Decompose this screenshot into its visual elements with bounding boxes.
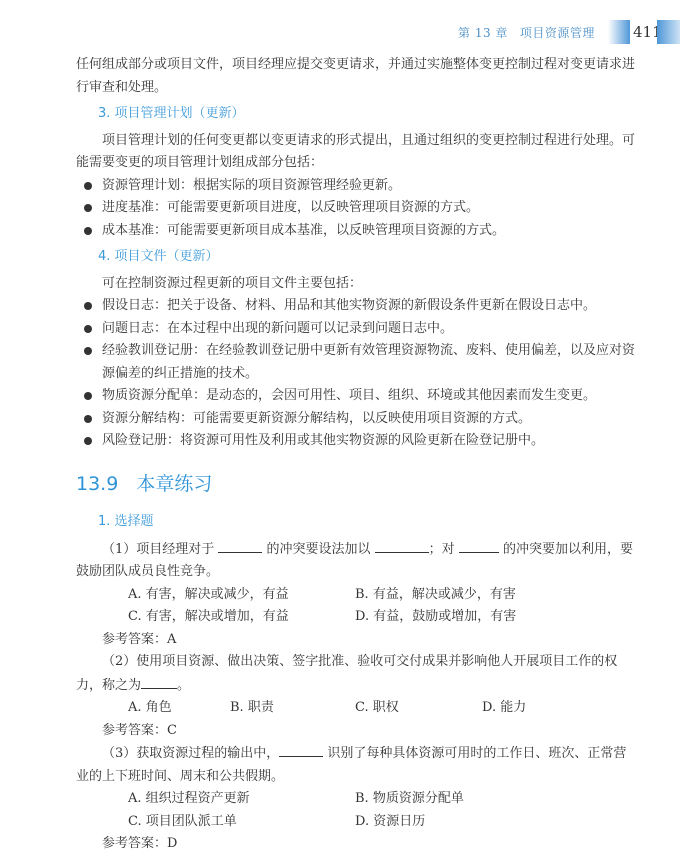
option-a: A. 角色 (128, 697, 230, 720)
question-text: （1）项目经理对于 的冲突要设法加以 ；对 的冲突要加以利用，要鼓励团队成员良性… (76, 538, 636, 584)
list-item: 物质资源分配单：是动态的，会因可用性、项目、组织、环境或其他因素而发生变更。 (80, 385, 636, 408)
option-a: A. 有害，解决或减少，有益 (128, 584, 355, 607)
reference-answer: 参考答案：A (76, 629, 636, 652)
section-number: 13.9 (76, 473, 118, 495)
option-c: C. 职权 (355, 697, 482, 720)
chapter-title: 项目资源管理 (520, 26, 595, 40)
question-text-part: （1）项目经理对于 (102, 542, 218, 557)
intro-paragraph: 任何组成部分或项目文件，项目经理应提交变更请求，并通过实施整体变更控制过程对变更… (76, 54, 636, 99)
running-header: 第 13 章项目资源管理 411 (0, 20, 680, 46)
reference-answer: 参考答案：C (76, 720, 636, 743)
option-b: B. 有益，解决或减少，有害 (355, 584, 582, 607)
section-4-heading: 4. 项目文件（更新） (98, 246, 636, 269)
option-c: C. 项目团队派工单 (128, 811, 355, 834)
question-2: （2）使用项目资源、做出决策、签字批准、验收可交付成果并影响他人开展项目工作的权… (76, 651, 636, 742)
list-item: 成本基准：可能需要更新项目成本基准，以反映管理项目资源的方式。 (80, 220, 636, 243)
question-text: （3）获取资源过程的输出中， 识别了每种具体资源可用时的工作日、班次、正常营业的… (76, 742, 636, 788)
list-item: 问题日志：在本过程中出现的新问题可以记录到问题日志中。 (80, 318, 636, 341)
options-grid: A. 组织过程资产更新 B. 物质资源分配单 C. 项目团队派工单 D. 资源日… (76, 788, 636, 833)
option-d: D. 有益，鼓励或增加，有害 (355, 606, 582, 629)
options-grid: A. 有害，解决或减少，有益 B. 有益，解决或减少，有害 C. 有害，解决或增… (76, 584, 636, 629)
reference-answer: 参考答案：D (76, 833, 636, 856)
option-b: B. 物质资源分配单 (355, 788, 582, 811)
list-item: 风险登记册：将资源可用性及利用或其他实物资源的风险更新在险登记册中。 (80, 430, 636, 453)
options-row: A. 角色 B. 职责 C. 职权 D. 能力 (76, 697, 636, 720)
option-c: C. 有害，解决或增加，有益 (128, 606, 355, 629)
list-item: 经验教训登记册：在经验教训登记册中更新有效管理资源物流、废料、使用偏差，以及应对… (80, 340, 636, 385)
list-item: 进度基准：可能需要更新项目进度，以反映管理项目资源的方式。 (80, 197, 636, 220)
chapter-label: 第 13 章项目资源管理 (458, 24, 595, 41)
page-tab-left-decoration (608, 20, 630, 44)
option-b: B. 职责 (230, 697, 355, 720)
question-1: （1）项目经理对于 的冲突要设法加以 ；对 的冲突要加以利用，要鼓励团队成员良性… (76, 538, 636, 652)
option-a: A. 组织过程资产更新 (128, 788, 355, 811)
section-4-list: 假设日志：把关于设备、材料、用品和其他实物资源的新假设条件更新在假设日志中。 问… (76, 295, 636, 453)
answer-blank (141, 674, 177, 689)
list-item: 资源管理计划：根据实际的项目资源管理经验更新。 (80, 175, 636, 198)
chapter-number: 第 13 章 (458, 26, 508, 40)
option-d: D. 能力 (482, 697, 602, 720)
option-d: D. 资源日历 (355, 811, 582, 834)
page-tab-right-decoration (657, 20, 680, 44)
question-text-part: 的冲突要设法加以 (262, 542, 374, 557)
list-item: 假设日志：把关于设备、材料、用品和其他实物资源的新假设条件更新在假设日志中。 (80, 295, 636, 318)
section-title-text: 本章练习 (136, 473, 212, 495)
list-item: 资源分解结构：可能需要更新资源分解结构，以反映使用项目资源的方式。 (80, 408, 636, 431)
answer-blank (459, 538, 499, 553)
question-text-part: 。 (177, 678, 190, 693)
question-text: （2）使用项目资源、做出决策、签字批准、验收可交付成果并影响他人开展项目工作的权… (76, 651, 636, 697)
question-text-part: ；对 (429, 542, 459, 557)
question-text-part: （3）获取资源过程的输出中， (102, 746, 279, 761)
section-title: 13.9本章练习 (76, 473, 636, 496)
answer-blank (279, 742, 323, 757)
section-3-list: 资源管理计划：根据实际的项目资源管理经验更新。 进度基准：可能需要更新项目进度，… (76, 175, 636, 243)
answer-blank (218, 538, 262, 553)
section-4-paragraph: 可在控制资源过程更新的项目文件主要包括： (76, 273, 636, 296)
section-3-heading: 3. 项目管理计划（更新） (98, 103, 636, 126)
page-body: 任何组成部分或项目文件，项目经理应提交变更请求，并通过实施整体变更控制过程对变更… (76, 54, 636, 856)
question-3: （3）获取资源过程的输出中， 识别了每种具体资源可用时的工作日、班次、正常营业的… (76, 742, 636, 856)
answer-blank (375, 538, 429, 553)
section-3-paragraph: 项目管理计划的任何变更都以变更请求的形式提出，且通过组织的变更控制过程进行处理。… (76, 130, 636, 175)
exercises-subheading: 1. 选择题 (98, 511, 636, 534)
